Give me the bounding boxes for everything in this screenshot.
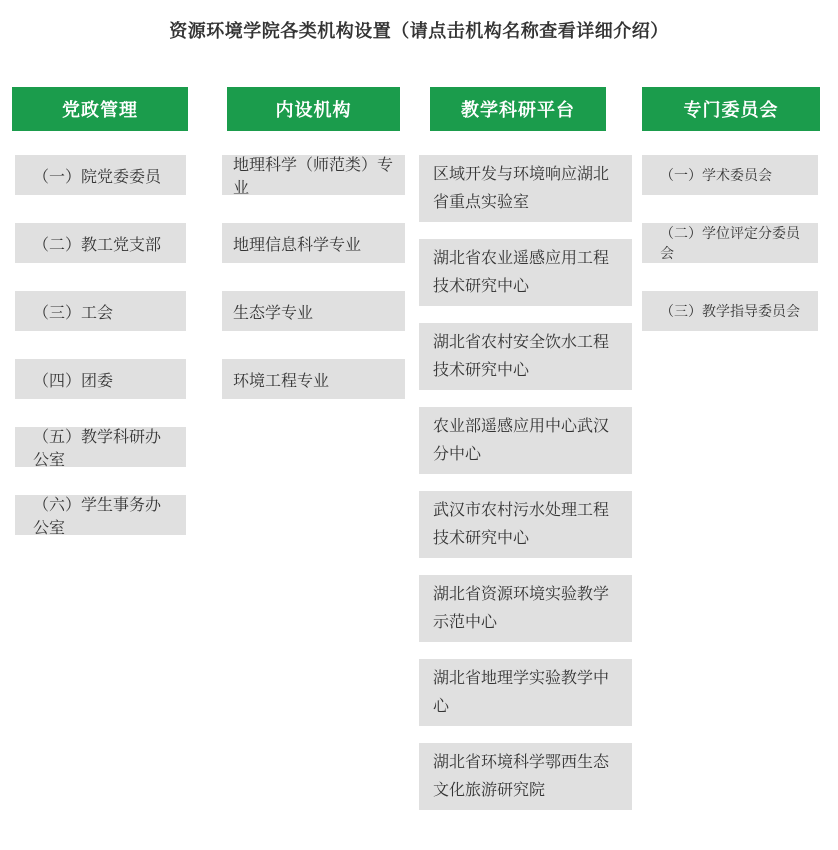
org-item[interactable]: 湖北省环境科学鄂西生态文化旅游研究院 — [419, 743, 632, 810]
org-item[interactable]: （二）学位评定分委员会 — [642, 223, 818, 263]
org-item[interactable]: （四）团委 — [15, 359, 186, 399]
org-item-label: （四）团委 — [33, 368, 113, 391]
org-item-label: （三）工会 — [33, 300, 113, 323]
org-item-label: 湖北省地理学实验教学中心 — [433, 665, 618, 721]
org-item[interactable]: 湖北省农村安全饮水工程技术研究中心 — [419, 323, 632, 390]
column-teaching-research-platforms: 教学科研平台区域开发与环境响应湖北省重点实验室湖北省农业遥感应用工程技术研究中心… — [419, 87, 632, 827]
org-item[interactable]: 湖北省地理学实验教学中心 — [419, 659, 632, 726]
page-title: 资源环境学院各类机构设置（请点击机构名称查看详细介绍） — [0, 17, 838, 43]
org-item[interactable]: 武汉市农村污水处理工程技术研究中心 — [419, 491, 632, 558]
org-item[interactable]: 湖北省农业遥感应用工程技术研究中心 — [419, 239, 632, 306]
org-item-label: 生态学专业 — [233, 300, 313, 323]
org-item-label: （二）学位评定分委员会 — [660, 223, 810, 263]
org-item[interactable]: （一）院党委委员 — [15, 155, 186, 195]
org-item-label: （三）教学指导委员会 — [660, 301, 800, 321]
org-item-label: （一）学术委员会 — [660, 165, 772, 185]
org-item[interactable]: 地理科学（师范类）专业 — [222, 155, 405, 195]
org-item-label: 湖北省资源环境实验教学示范中心 — [433, 581, 618, 637]
org-item-label: 湖北省农业遥感应用工程技术研究中心 — [433, 245, 618, 301]
org-item-label: （五）教学科研办公室 — [33, 424, 176, 470]
org-item-label: 农业部遥感应用中心武汉分中心 — [433, 413, 618, 469]
org-item[interactable]: （二）教工党支部 — [15, 223, 186, 263]
org-item-label: （六）学生事务办公室 — [33, 492, 176, 538]
org-item[interactable]: （五）教学科研办公室 — [15, 427, 186, 467]
column-items-special-committees: （一）学术委员会（二）学位评定分委员会（三）教学指导委员会 — [642, 155, 818, 331]
org-item[interactable]: 农业部遥感应用中心武汉分中心 — [419, 407, 632, 474]
org-item[interactable]: （一）学术委员会 — [642, 155, 818, 195]
org-item[interactable]: 环境工程专业 — [222, 359, 405, 399]
column-header-internal-orgs: 内设机构 — [227, 87, 400, 131]
column-header-special-committees: 专门委员会 — [642, 87, 820, 131]
column-items-teaching-research-platforms: 区域开发与环境响应湖北省重点实验室湖北省农业遥感应用工程技术研究中心湖北省农村安… — [419, 155, 632, 810]
org-item[interactable]: 湖北省资源环境实验教学示范中心 — [419, 575, 632, 642]
column-items-party-admin: （一）院党委委员（二）教工党支部（三）工会（四）团委（五）教学科研办公室（六）学… — [15, 155, 186, 535]
org-item-label: 环境工程专业 — [233, 368, 329, 391]
org-item-label: 地理科学（师范类）专业 — [233, 152, 395, 198]
org-item-label: 湖北省农村安全饮水工程技术研究中心 — [433, 329, 618, 385]
org-item[interactable]: 区域开发与环境响应湖北省重点实验室 — [419, 155, 632, 222]
column-internal-orgs: 内设机构地理科学（师范类）专业地理信息科学专业生态学专业环境工程专业 — [222, 87, 405, 427]
org-item-label: 武汉市农村污水处理工程技术研究中心 — [433, 497, 618, 553]
column-special-committees: 专门委员会（一）学术委员会（二）学位评定分委员会（三）教学指导委员会 — [642, 87, 820, 359]
org-item[interactable]: （三）教学指导委员会 — [642, 291, 818, 331]
org-item-label: 地理信息科学专业 — [233, 232, 361, 255]
org-item-label: 区域开发与环境响应湖北省重点实验室 — [433, 161, 618, 217]
org-item[interactable]: 生态学专业 — [222, 291, 405, 331]
org-item[interactable]: （六）学生事务办公室 — [15, 495, 186, 535]
org-structure-page: 资源环境学院各类机构设置（请点击机构名称查看详细介绍） 党政管理（一）院党委委员… — [0, 0, 838, 850]
column-party-admin: 党政管理（一）院党委委员（二）教工党支部（三）工会（四）团委（五）教学科研办公室… — [12, 87, 188, 563]
org-item[interactable]: 地理信息科学专业 — [222, 223, 405, 263]
org-item-label: （一）院党委委员 — [33, 164, 161, 187]
column-items-internal-orgs: 地理科学（师范类）专业地理信息科学专业生态学专业环境工程专业 — [222, 155, 405, 399]
org-item-label: 湖北省环境科学鄂西生态文化旅游研究院 — [433, 749, 618, 805]
column-header-teaching-research-platforms: 教学科研平台 — [430, 87, 606, 131]
org-item[interactable]: （三）工会 — [15, 291, 186, 331]
column-header-party-admin: 党政管理 — [12, 87, 188, 131]
org-item-label: （二）教工党支部 — [33, 232, 161, 255]
